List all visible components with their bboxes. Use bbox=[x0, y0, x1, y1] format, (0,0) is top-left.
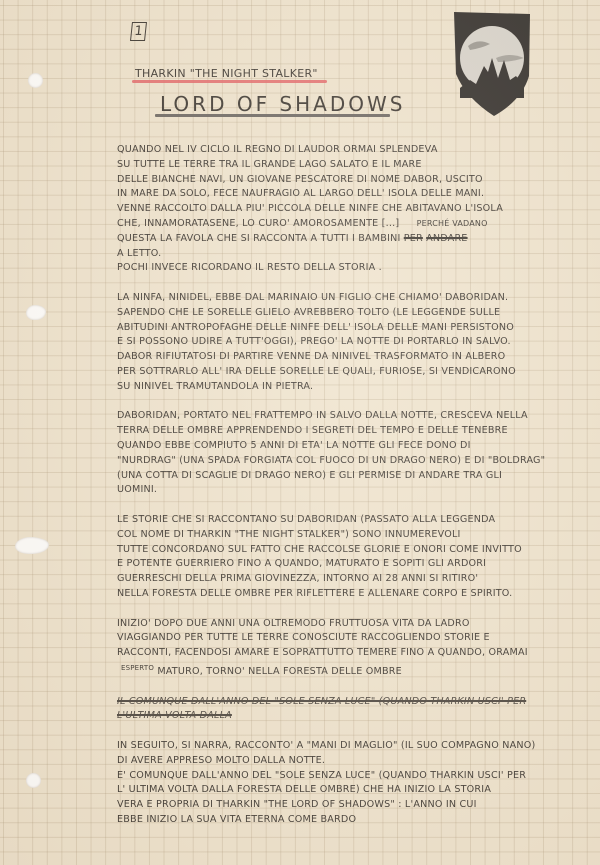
struck-line: IL COMUNQUE DALL'ANNO DEL "SOLE SENZA LU… bbox=[117, 695, 597, 710]
text-line: GUERRESCHI DELLA PRIMA GIOVINEZZA, INTOR… bbox=[117, 572, 597, 587]
subtitle-red-underline bbox=[132, 80, 327, 83]
paragraph-7: IN SEGUITO, SI NARRA, RACCONTO' A "MANI … bbox=[117, 739, 597, 828]
text-line: SU NINIVEL TRAMUTANDOLA IN PIETRA. bbox=[117, 380, 597, 395]
text-line: QUESTA LA FAVOLA CHE SI RACCONTA A TUTTI… bbox=[117, 233, 401, 244]
text-line-with-insertion: CHE, INNAMORATASENE, LO CURO' AMOROSAMEN… bbox=[117, 217, 597, 232]
text-line: SAPENDO CHE LE SORELLE GLIELO AVREBBERO … bbox=[117, 306, 597, 321]
text-line: DABORIDAN, PORTATO NEL FRATTEMPO IN SALV… bbox=[117, 409, 597, 424]
text-line: DABOR RIFIUTATOSI DI PARTIRE VENNE DA NI… bbox=[117, 350, 597, 365]
text-line: UOMINI. bbox=[117, 483, 597, 498]
text-line: QUANDO EBBE COMPIUTO 5 ANNI DI ETA' LA N… bbox=[117, 439, 597, 454]
text-line: ABITUDINI ANTROPOFAGHE DELLE NINFE DELL'… bbox=[117, 321, 597, 336]
handwritten-insertion: PERCHÉ VADANO bbox=[417, 219, 488, 228]
text-line: IN SEGUITO, SI NARRA, RACCONTO' A "MANI … bbox=[117, 739, 597, 754]
text-line: E SI POSSONO UDIRE A TUTT'OGGI), PREGO' … bbox=[117, 335, 597, 350]
struck-word: PER bbox=[404, 233, 423, 244]
binder-hole-4 bbox=[26, 773, 41, 788]
text-line: VENNE RACCOLTO DALLA PIU' PICCOLA DELLE … bbox=[117, 202, 597, 217]
text-line: DELLE BIANCHE NAVI, UN GIOVANE PESCATORE… bbox=[117, 173, 597, 188]
text-line: MATURO, TORNO' NELLA FORESTA DELLE OMBRE bbox=[157, 666, 402, 677]
text-line: EBBE INIZIO LA SUA VITA ETERNA COME BARD… bbox=[117, 813, 597, 828]
binder-hole-1 bbox=[28, 73, 43, 88]
text-line: SU TUTTE LE TERRE TRA IL GRANDE LAGO SAL… bbox=[117, 158, 597, 173]
text-line: POCHI INVECE RICORDANO IL RESTO DELLA ST… bbox=[117, 261, 597, 276]
text-line: LE STORIE CHE SI RACCONTANO SU DABORIDAN… bbox=[117, 513, 597, 528]
binder-hole-3-torn bbox=[15, 537, 49, 554]
text-line: "NURDRAG" (UNA SPADA FORGIATA COL FUOCO … bbox=[117, 454, 597, 469]
handwritten-insertion: ESPERTO bbox=[121, 664, 154, 672]
page-title: LORD OF SHADOWS bbox=[160, 92, 405, 116]
text-line: VIAGGIANDO PER TUTTE LE TERRE CONOSCIUTE… bbox=[117, 631, 597, 646]
struck-line: L'ULTIMA VOLTA DALLA bbox=[117, 709, 597, 724]
text-line: QUANDO NEL IV CICLO IL REGNO DI LAUDOR O… bbox=[117, 143, 597, 158]
text-line: NELLA FORESTA DELLE OMBRE PER RIFLETTERE… bbox=[117, 587, 597, 602]
text-line: RACCONTI, FACENDOSI AMARE E SOPRATTUTTO … bbox=[117, 646, 597, 661]
text-line: LA NINFA, NINIDEL, EBBE DAL MARINAIO UN … bbox=[117, 291, 597, 306]
text-line: IN MARE DA SOLO, FECE NAUFRAGIO AL LARGO… bbox=[117, 187, 597, 202]
handwritten-body: QUANDO NEL IV CICLO IL REGNO DI LAUDOR O… bbox=[117, 143, 597, 843]
struck-word: ANDARE bbox=[426, 233, 467, 244]
paragraph-1: QUANDO NEL IV CICLO IL REGNO DI LAUDOR O… bbox=[117, 143, 597, 276]
subtitle: THARKIN "THE NIGHT STALKER" bbox=[135, 67, 318, 80]
paragraph-2: LA NINFA, NINIDEL, EBBE DAL MARINAIO UN … bbox=[117, 291, 597, 395]
scanned-notebook-page: 1 THARKIN "THE NIGHT STALKER" LORD OF SH… bbox=[0, 0, 600, 865]
text-line: E' COMUNQUE DALL'ANNO DEL "SOLE SENZA LU… bbox=[117, 769, 597, 784]
paragraph-5: INIZIO' DOPO DUE ANNI UNA OLTREMODO FRUT… bbox=[117, 617, 597, 680]
text-line: INIZIO' DOPO DUE ANNI UNA OLTREMODO FRUT… bbox=[117, 617, 597, 632]
title-underline bbox=[155, 114, 390, 117]
page-number-box: 1 bbox=[130, 22, 147, 41]
text-line: COL NOME DI THARKIN "THE NIGHT STALKER")… bbox=[117, 528, 597, 543]
text-line: CHE, INNAMORATASENE, LO CURO' AMOROSAMEN… bbox=[117, 218, 399, 229]
paragraph-4: LE STORIE CHE SI RACCONTANO SU DABORIDAN… bbox=[117, 513, 597, 602]
text-line: DI AVERE APPRESO MOLTO DALLA NOTTE. bbox=[117, 754, 597, 769]
shield-emblem-icon bbox=[452, 8, 532, 116]
text-line: TERRA DELLE OMBRE APPRENDENDO I SEGRETI … bbox=[117, 424, 597, 439]
text-line: (UNA COTTA DI SCAGLIE DI DRAGO NERO) E G… bbox=[117, 469, 597, 484]
text-line-with-correction: ESPERTO MATURO, TORNO' NELLA FORESTA DEL… bbox=[117, 661, 597, 680]
text-line: TUTTE CONCORDANO SUL FATTO CHE RACCOLSE … bbox=[117, 543, 597, 558]
binder-hole-2-torn bbox=[26, 305, 46, 320]
text-line: VERA E PROPRIA DI THARKIN "THE LORD OF S… bbox=[117, 798, 597, 813]
paragraph-struck-out: IL COMUNQUE DALL'ANNO DEL "SOLE SENZA LU… bbox=[117, 695, 597, 725]
text-line: A LETTO. bbox=[117, 247, 597, 262]
text-line: PER SOTTRARLO ALL' IRA DELLE SORELLE LE … bbox=[117, 365, 597, 380]
text-line: L' ULTIMA VOLTA DALLA FORESTA DELLE OMBR… bbox=[117, 783, 597, 798]
text-line-with-strike: QUESTA LA FAVOLA CHE SI RACCONTA A TUTTI… bbox=[117, 232, 597, 247]
text-line: E POTENTE GUERRIERO FINO A QUANDO, MATUR… bbox=[117, 557, 597, 572]
paragraph-3: DABORIDAN, PORTATO NEL FRATTEMPO IN SALV… bbox=[117, 409, 597, 498]
